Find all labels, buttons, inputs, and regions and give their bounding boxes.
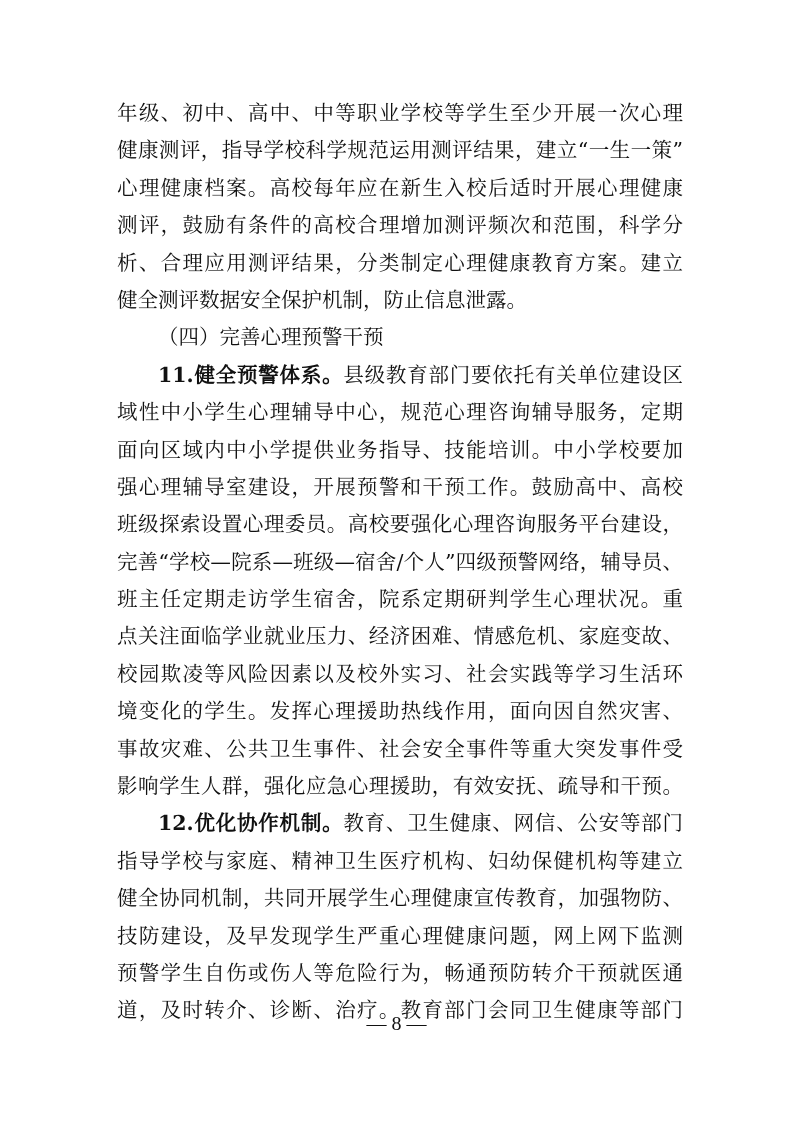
text-line: 心理健康档案。高校每年应在新生入校后适时开展心理健康 <box>117 170 683 207</box>
text-line: 技防建设，及早发现学生严重心理健康问题，网上网下监测 <box>117 918 683 955</box>
text-line: 完善“学校—院系—班级—宿舍/个人”四级预警网络，辅导员、 <box>117 544 683 581</box>
text-line: 境变化的学生。发挥心理援助热线作用，面向因自然灾害、 <box>117 693 683 730</box>
text-line: 校园欺凌等风险因素以及校外实习、社会实践等学习生活环 <box>117 656 683 693</box>
text-line: 健康测评，指导学校科学规范运用测评结果，建立“一生一策” <box>117 132 683 169</box>
text-line: 事故灾难、公共卫生事件、社会安全事件等重大突发事件受 <box>117 731 683 768</box>
text-line: 面向区域内中小学提供业务指导、技能培训。中小学校要加 <box>117 432 683 469</box>
section-heading: （四）完善心理预警干预 <box>117 319 683 356</box>
text-line: 班主任定期走访学生宿舍，院系定期研判学生心理状况。重 <box>117 581 683 618</box>
text-line: 班级探索设置心理委员。高校要强化心理咨询服务平台建设， <box>117 506 683 543</box>
text-line: 健全协同机制，共同开展学生心理健康宣传教育，加强物防、 <box>117 880 683 917</box>
text-line: 析、合理应用测评结果，分类制定心理健康教育方案。建立 <box>117 245 683 282</box>
text-line: 域性中小学生心理辅导中心，规范心理咨询辅导服务，定期 <box>117 394 683 431</box>
item-12-text: 教育、卫生健康、网信、公安等部门 <box>343 811 683 835</box>
item-12-title: 12.优化协作机制。 <box>158 811 343 835</box>
item-12-first-line: 12.优化协作机制。教育、卫生健康、网信、公安等部门 <box>117 805 683 842</box>
text-line: 预警学生自伤或伤人等危险行为，畅通预防转介干预就医通 <box>117 955 683 992</box>
item-11-first-line: 11.健全预警体系。县级教育部门要依托有关单位建设区 <box>117 357 683 394</box>
text-line: 健全测评数据安全保护机制，防止信息泄露。 <box>117 282 683 319</box>
page-number: — 8 — <box>0 1013 793 1036</box>
text-line: 点关注面临学业就业压力、经济困难、情感危机、家庭变故、 <box>117 618 683 655</box>
text-line: 测评，鼓励有条件的高校合理增加测评频次和范围，科学分 <box>117 207 683 244</box>
text-line: 年级、初中、高中、中等职业学校等学生至少开展一次心理 <box>117 95 683 132</box>
item-11-title: 11.健全预警体系。 <box>158 363 343 387</box>
text-line: 指导学校与家庭、精神卫生医疗机构、妇幼保健机构等建立 <box>117 843 683 880</box>
item-11-text: 县级教育部门要依托有关单位建设区 <box>343 363 683 387</box>
document-page: 年级、初中、高中、中等职业学校等学生至少开展一次心理 健康测评，指导学校科学规范… <box>117 95 683 1030</box>
text-line: 强心理辅导室建设，开展预警和干预工作。鼓励高中、高校 <box>117 469 683 506</box>
text-line: 影响学生人群，强化应急心理援助，有效安抚、疏导和干预。 <box>117 768 683 805</box>
